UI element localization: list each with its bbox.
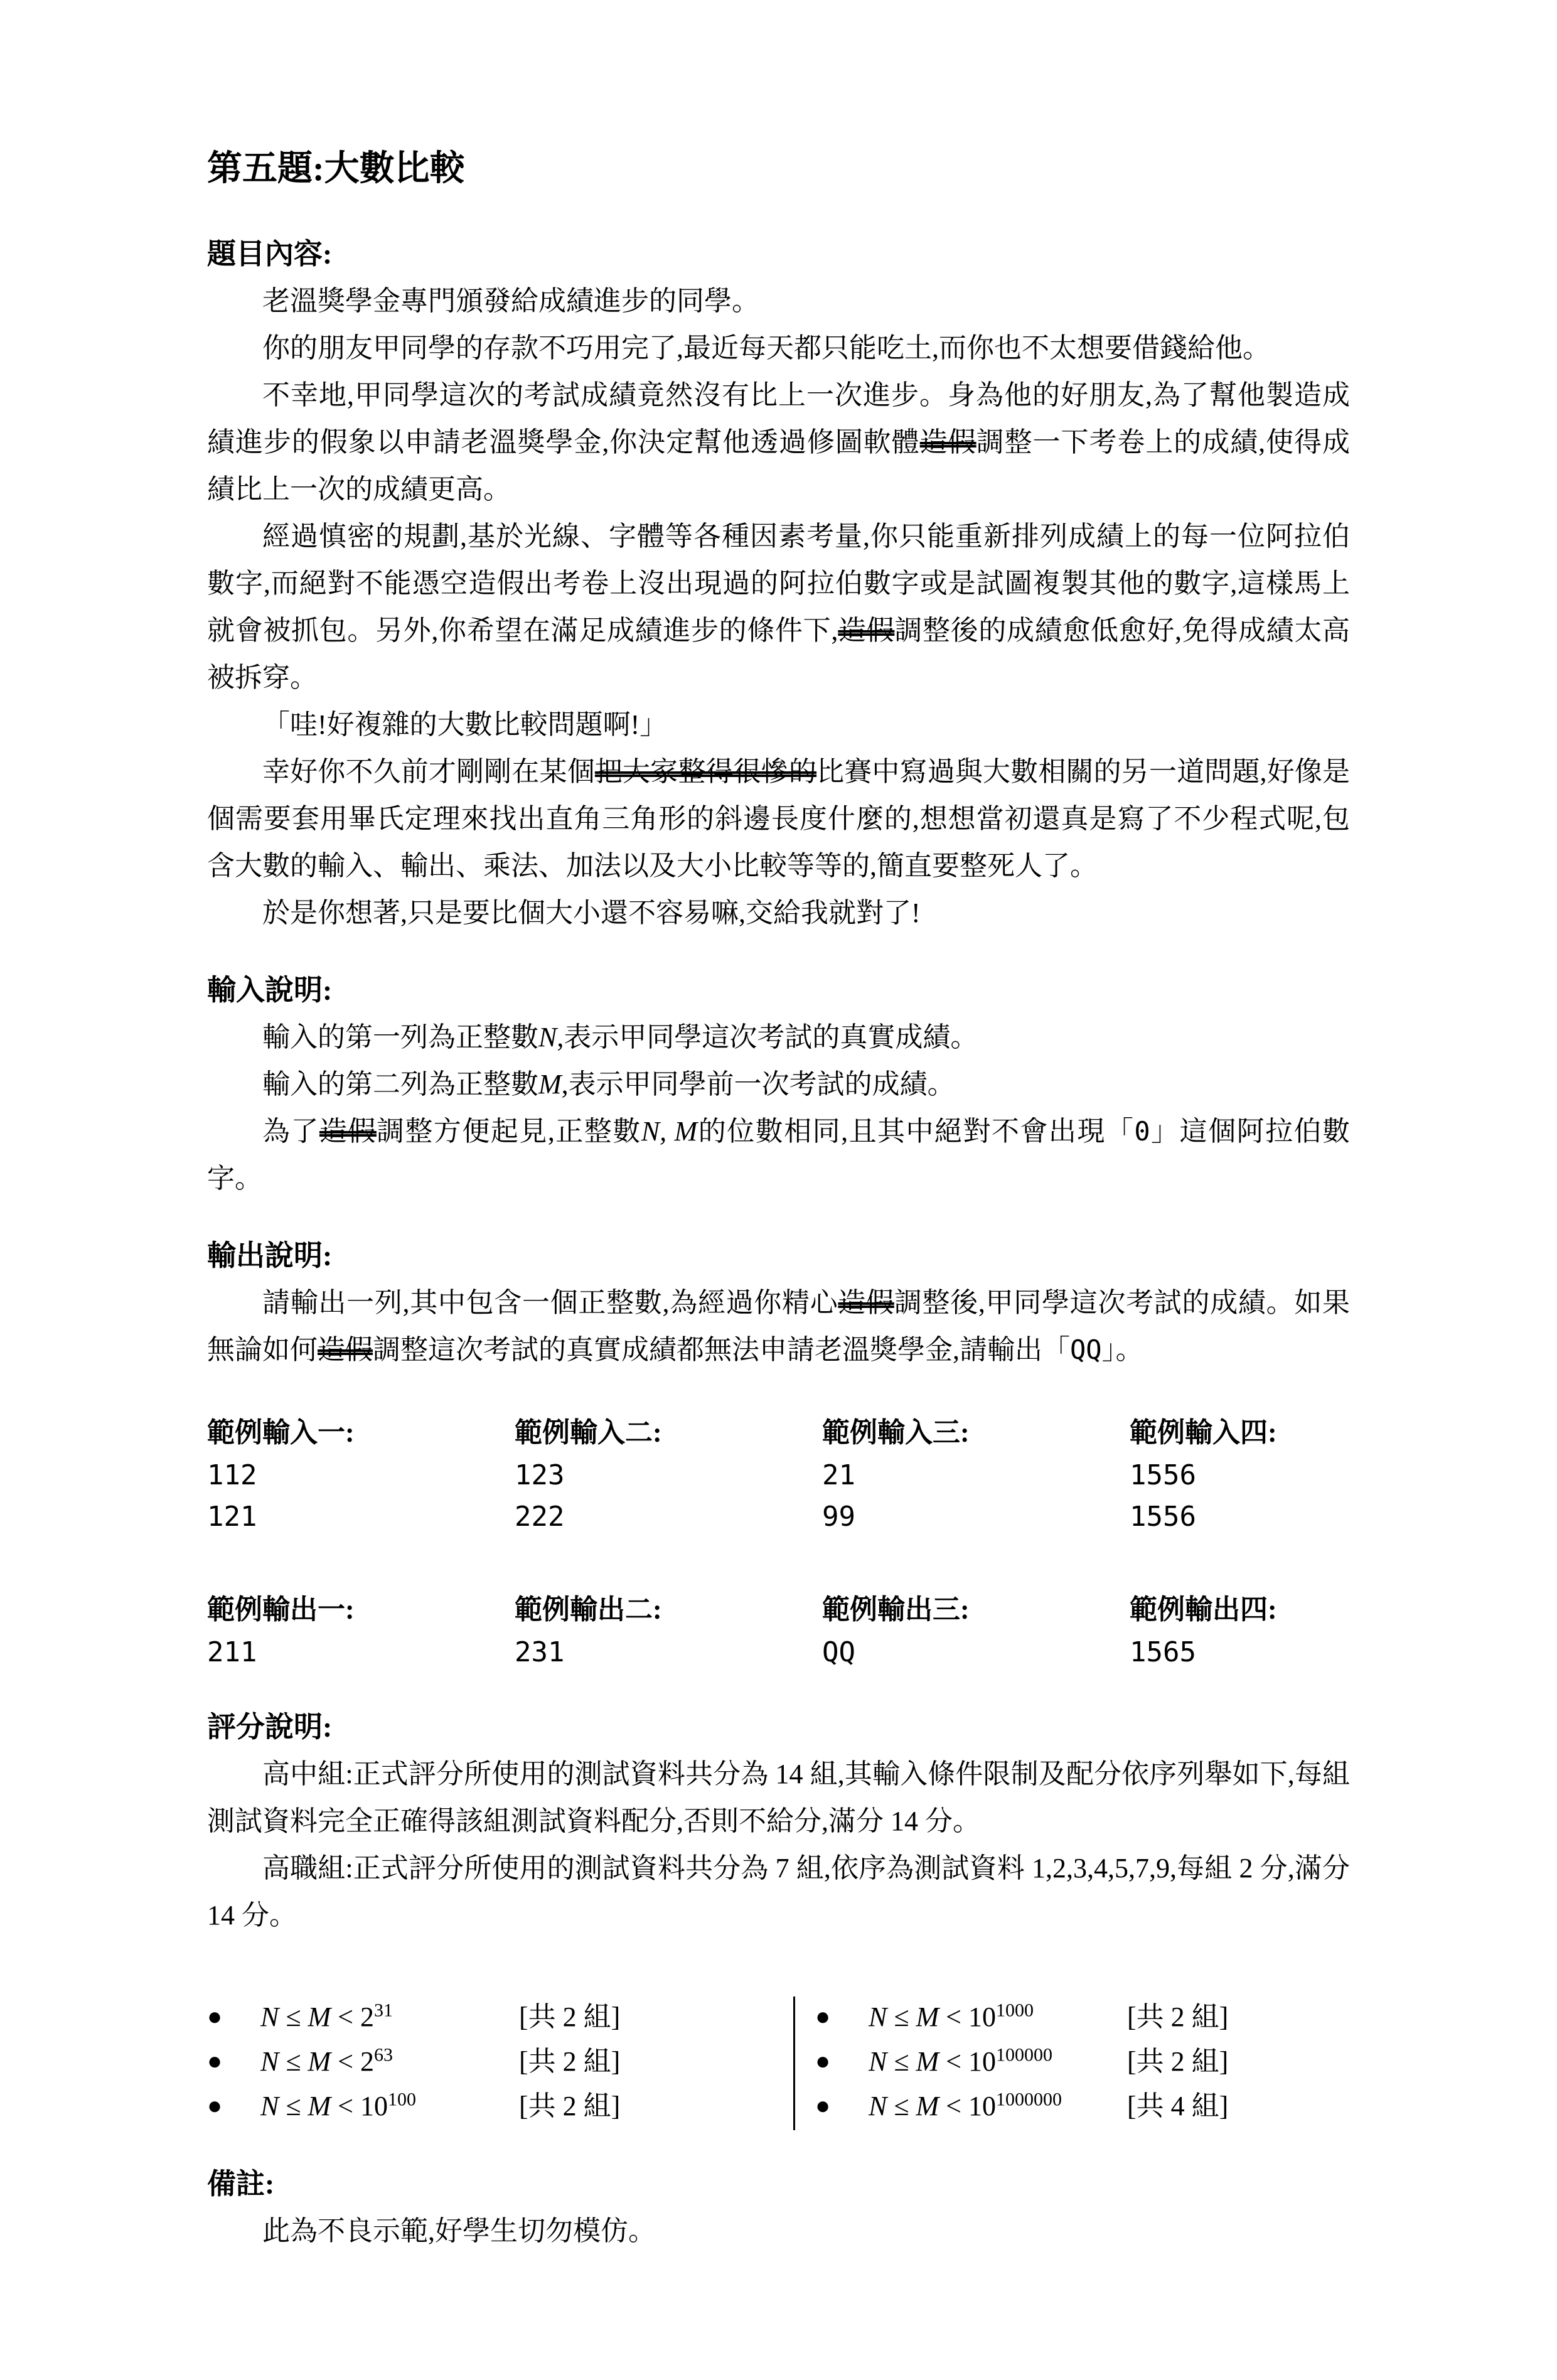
math-variable: N: [260, 2091, 279, 2121]
constraint-formula: N ≤ M < 231: [260, 1997, 519, 2037]
constraint-formula: N ≤ M < 10100000: [869, 2042, 1127, 2082]
sample-outputs-row: 範例輸出一: 211 範例輸出二: 231 範例輸出三: QQ 範例輸出四: 1…: [207, 1588, 1437, 1673]
math-variable: N: [260, 2002, 279, 2032]
sample-input-value: 21: [822, 1455, 1130, 1496]
math-variable: M: [308, 2091, 331, 2121]
sample-input-label: 範例輸入一:: [207, 1411, 515, 1455]
text-segment: 10: [360, 2091, 388, 2121]
math-variable: N: [869, 2046, 887, 2077]
text-segment: ≤: [279, 2002, 308, 2032]
formula-exponent: 1000000: [996, 2089, 1062, 2109]
constraints-right-column: ●N ≤ M < 101000[共 2 組] ●N ≤ M < 10100000…: [793, 1997, 1350, 2130]
page-title: 第五題:大數比較: [207, 147, 1350, 190]
text-segment: ,表示甲同學這次考試的真實成績。: [557, 1022, 978, 1053]
sample-input-value: 222: [515, 1496, 822, 1538]
paragraph: 於是你想著,只是要比個大小還不容易嘛,交給我就對了!: [207, 889, 1350, 936]
group-count: [共 2 組]: [1127, 2002, 1228, 2032]
struck-text: 造假: [920, 427, 976, 458]
text-segment: <: [939, 2046, 968, 2077]
paragraph: 經過慎密的規劃,基於光線、字體等各種因素考量,你只能重新排列成績上的每一位阿拉伯…: [207, 513, 1350, 701]
sample-input-value: 99: [822, 1496, 1130, 1538]
text-segment: 你的朋友甲同學的存款不巧用完了,最近每天都只能吃土,而你也不太想要借錢給他。: [262, 333, 1270, 363]
formula-text: N ≤ M < 2: [260, 2046, 374, 2077]
formula-text: N ≤ M < 10: [869, 2091, 996, 2121]
sample-output-value: QQ: [822, 1632, 1130, 1673]
text-segment: ≤: [279, 2046, 308, 2077]
text-segment: 幸好你不久前才剛剛在某個: [262, 756, 595, 787]
paragraph: 輸入的第二列為正整數M,表示甲同學前一次考試的成績。: [207, 1061, 1350, 1108]
text-segment: 10: [968, 2091, 996, 2121]
struck-text: 造假: [838, 615, 894, 646]
sample-output-label: 範例輸出一:: [207, 1588, 515, 1632]
bullet-icon: ●: [207, 1997, 260, 2037]
text-segment: <: [331, 2046, 360, 2077]
section-input: 輸入說明: 輸入的第一列為正整數N,表示甲同學這次考試的真實成績。 輸入的第二列…: [207, 967, 1350, 1202]
sample-output-value: 211: [207, 1632, 515, 1673]
math-variable: N: [869, 2091, 887, 2121]
text-segment: <: [331, 2002, 360, 2032]
formula-text: N ≤ M < 10: [869, 2046, 996, 2077]
document-page: 第五題:大數比較 題目內容: 老溫獎學金專門頒發給成績進步的同學。 你的朋友甲同…: [0, 0, 1557, 2380]
text-segment: ≤: [887, 2091, 916, 2121]
group-count: [共 2 組]: [519, 2046, 620, 2077]
sample-output-label: 範例輸出二:: [515, 1588, 822, 1632]
sample-output-label: 範例輸出三:: [822, 1588, 1130, 1632]
constraint-item: ●N ≤ M < 10100000[共 2 組]: [815, 2041, 1350, 2082]
paragraph: 輸入的第一列為正整數N,表示甲同學這次考試的真實成績。: [207, 1014, 1350, 1061]
text-segment: ≤: [279, 2091, 308, 2121]
paragraph: 老溫獎學金專門頒發給成績進步的同學。: [207, 277, 1350, 324]
struck-text: 造假: [838, 1287, 894, 1318]
sample-input-column: 範例輸入四: 1556 1556: [1130, 1411, 1437, 1538]
struck-text: 造假: [319, 1116, 377, 1147]
constraint-item: ●N ≤ M < 231[共 2 組]: [207, 1997, 793, 2037]
math-variable: M: [916, 2091, 939, 2121]
paragraph: 此為不良示範,好學生切勿模仿。: [207, 2207, 1350, 2254]
sample-input-value: 121: [207, 1496, 515, 1538]
bullet-icon: ●: [207, 2041, 260, 2081]
note-heading: 備註:: [207, 2160, 1350, 2207]
text-segment: ,表示甲同學前一次考試的成績。: [562, 1069, 955, 1100]
group-count: [共 2 組]: [1127, 2046, 1228, 2077]
text-segment: <: [939, 2091, 968, 2121]
sample-input-value: 1556: [1130, 1455, 1437, 1496]
text-segment: 」。: [1102, 1334, 1143, 1365]
constraints-list: ●N ≤ M < 231[共 2 組] ●N ≤ M < 263[共 2 組] …: [207, 1997, 1350, 2130]
section-problem: 題目內容: 老溫獎學金專門頒發給成績進步的同學。 你的朋友甲同學的存款不巧用完了…: [207, 230, 1350, 936]
text-segment: 輸入的第一列為正整數: [262, 1022, 538, 1053]
sample-output-value: 1565: [1130, 1632, 1437, 1673]
group-count: [共 2 組]: [519, 2091, 620, 2121]
mono-text: QQ: [1070, 1334, 1102, 1365]
constraint-item: ●N ≤ M < 101000000[共 4 組]: [815, 2086, 1350, 2126]
paragraph: 高中組:正式評分所使用的測試資料共分為 14 組,其輸入條件限制及配分依序列舉如…: [207, 1750, 1350, 1845]
text-segment: 於是你想著,只是要比個大小還不容易嘛,交給我就對了!: [262, 898, 921, 928]
paragraph: 為了造假調整方便起見,正整數N, M的位數相同,且其中絕對不會出現「0」這個阿拉…: [207, 1108, 1350, 1202]
sample-output-column: 範例輸出三: QQ: [822, 1588, 1130, 1673]
sample-output-value: 231: [515, 1632, 822, 1673]
mono-text: 0: [1134, 1116, 1150, 1147]
bullet-icon: ●: [815, 2041, 869, 2081]
sample-input-column: 範例輸入二: 123 222: [515, 1411, 822, 1538]
sample-input-label: 範例輸入二:: [515, 1411, 822, 1455]
text-segment: <: [939, 2002, 968, 2032]
group-count: [共 2 組]: [519, 2002, 620, 2032]
text-segment: 輸入的第二列為正整數: [262, 1069, 538, 1100]
text-segment: 的位數相同,且其中絕對不會出現「: [697, 1116, 1134, 1147]
constraint-formula: N ≤ M < 101000000: [869, 2086, 1127, 2126]
section-scoring: 評分說明: 高中組:正式評分所使用的測試資料共分為 14 組,其輸入條件限制及配…: [207, 1703, 1350, 1939]
text-segment: 調整這次考試的真實成績都無法申請老溫獎學金,請輸出「: [373, 1334, 1070, 1365]
paragraph: 幸好你不久前才剛剛在某個把大家整得很慘的比賽中寫過與大數相關的另一道問題,好像是…: [207, 748, 1350, 889]
sample-input-label: 範例輸入四:: [1130, 1411, 1437, 1455]
text-segment: ≤: [887, 2046, 916, 2077]
formula-exponent: 31: [374, 2000, 393, 2020]
bullet-icon: ●: [815, 2086, 869, 2126]
struck-text: 把大家整得很慘的: [595, 756, 816, 787]
constraint-formula: N ≤ M < 263: [260, 2042, 519, 2082]
paragraph: 不幸地,甲同學這次的考試成績竟然沒有比上一次進步。身為他的好朋友,為了幫他製造成…: [207, 372, 1350, 513]
text-segment: 10: [968, 2002, 996, 2032]
scoring-heading: 評分說明:: [207, 1703, 1350, 1750]
text-segment: 高中組:正式評分所使用的測試資料共分為 14 組,其輸入條件限制及配分依序列舉如…: [207, 1759, 1350, 1836]
constraints-left-column: ●N ≤ M < 231[共 2 組] ●N ≤ M < 263[共 2 組] …: [207, 1997, 793, 2130]
problem-heading: 題目內容:: [207, 230, 1350, 277]
text-segment: ≤: [887, 2002, 916, 2032]
formula-exponent: 100: [388, 2089, 416, 2109]
math-variable: N, M: [641, 1116, 697, 1147]
sample-output-column: 範例輸出二: 231: [515, 1588, 822, 1673]
group-count: [共 4 組]: [1127, 2091, 1228, 2121]
math-variable: N: [260, 2046, 279, 2077]
math-variable: N: [538, 1022, 557, 1053]
constraint-item: ●N ≤ M < 263[共 2 組]: [207, 2041, 793, 2082]
math-variable: N: [869, 2002, 887, 2032]
formula-exponent: 100000: [996, 2044, 1052, 2065]
constraint-formula: N ≤ M < 10100: [260, 2086, 519, 2126]
sample-output-column: 範例輸出四: 1565: [1130, 1588, 1437, 1673]
text-segment: <: [331, 2091, 360, 2121]
text-segment: 老溫獎學金專門頒發給成績進步的同學。: [262, 286, 759, 316]
text-segment: 2: [360, 2002, 374, 2032]
constraint-formula: N ≤ M < 101000: [869, 1997, 1127, 2037]
sample-input-value: 1556: [1130, 1496, 1437, 1538]
section-note: 備註: 此為不良示範,好學生切勿模仿。: [207, 2160, 1350, 2254]
math-variable: M: [308, 2046, 331, 2077]
text-segment: 為了: [262, 1116, 319, 1147]
math-variable: M: [308, 2002, 331, 2032]
paragraph: 你的朋友甲同學的存款不巧用完了,最近每天都只能吃土,而你也不太想要借錢給他。: [207, 324, 1350, 372]
sample-input-value: 123: [515, 1455, 822, 1496]
paragraph: 「哇!好複雜的大數比較問題啊!」: [207, 701, 1350, 748]
formula-text: N ≤ M < 10: [260, 2091, 388, 2121]
sample-inputs-row: 範例輸入一: 112 121 範例輸入二: 123 222 範例輸入三: 21 …: [207, 1411, 1437, 1538]
section-output: 輸出說明: 請輸出一列,其中包含一個正整數,為經過你精心造假調整後,甲同學這次考…: [207, 1232, 1350, 1373]
formula-exponent: 1000: [996, 2000, 1034, 2020]
text-segment: 調整方便起見,正整數: [377, 1116, 641, 1147]
samples-section: 範例輸入一: 112 121 範例輸入二: 123 222 範例輸入三: 21 …: [207, 1411, 1350, 1673]
math-variable: M: [538, 1069, 562, 1100]
formula-text: N ≤ M < 2: [260, 2002, 374, 2032]
math-variable: M: [916, 2046, 939, 2077]
sample-input-label: 範例輸入三:: [822, 1411, 1130, 1455]
sample-input-column: 範例輸入三: 21 99: [822, 1411, 1130, 1538]
bullet-icon: ●: [207, 2086, 260, 2126]
text-segment: 10: [968, 2046, 996, 2077]
text-segment: 2: [360, 2046, 374, 2077]
math-variable: M: [916, 2002, 939, 2032]
sample-output-label: 範例輸出四:: [1130, 1588, 1437, 1632]
sample-input-column: 範例輸入一: 112 121: [207, 1411, 515, 1538]
sample-output-column: 範例輸出一: 211: [207, 1588, 515, 1673]
constraint-item: ●N ≤ M < 101000[共 2 組]: [815, 1997, 1350, 2037]
text-segment: 「哇!好複雜的大數比較問題啊!」: [262, 709, 667, 740]
text-segment: 請輸出一列,其中包含一個正整數,為經過你精心: [262, 1287, 838, 1318]
paragraph: 請輸出一列,其中包含一個正整數,為經過你精心造假調整後,甲同學這次考試的成績。如…: [207, 1279, 1350, 1373]
text-segment: 此為不良示範,好學生切勿模仿。: [262, 2216, 656, 2246]
struck-text: 造假: [318, 1334, 373, 1365]
text-segment: 高職組:正式評分所使用的測試資料共分為 7 組,依序為測試資料 1,2,3,4,…: [207, 1853, 1350, 1931]
formula-text: N ≤ M < 10: [869, 2002, 996, 2032]
paragraph: 高職組:正式評分所使用的測試資料共分為 7 組,依序為測試資料 1,2,3,4,…: [207, 1845, 1350, 1939]
output-heading: 輸出說明:: [207, 1232, 1350, 1279]
sample-input-value: 112: [207, 1455, 515, 1496]
formula-exponent: 63: [374, 2044, 393, 2065]
bullet-icon: ●: [815, 1997, 869, 2037]
constraint-item: ●N ≤ M < 10100[共 2 組]: [207, 2086, 793, 2126]
input-heading: 輸入說明:: [207, 967, 1350, 1014]
